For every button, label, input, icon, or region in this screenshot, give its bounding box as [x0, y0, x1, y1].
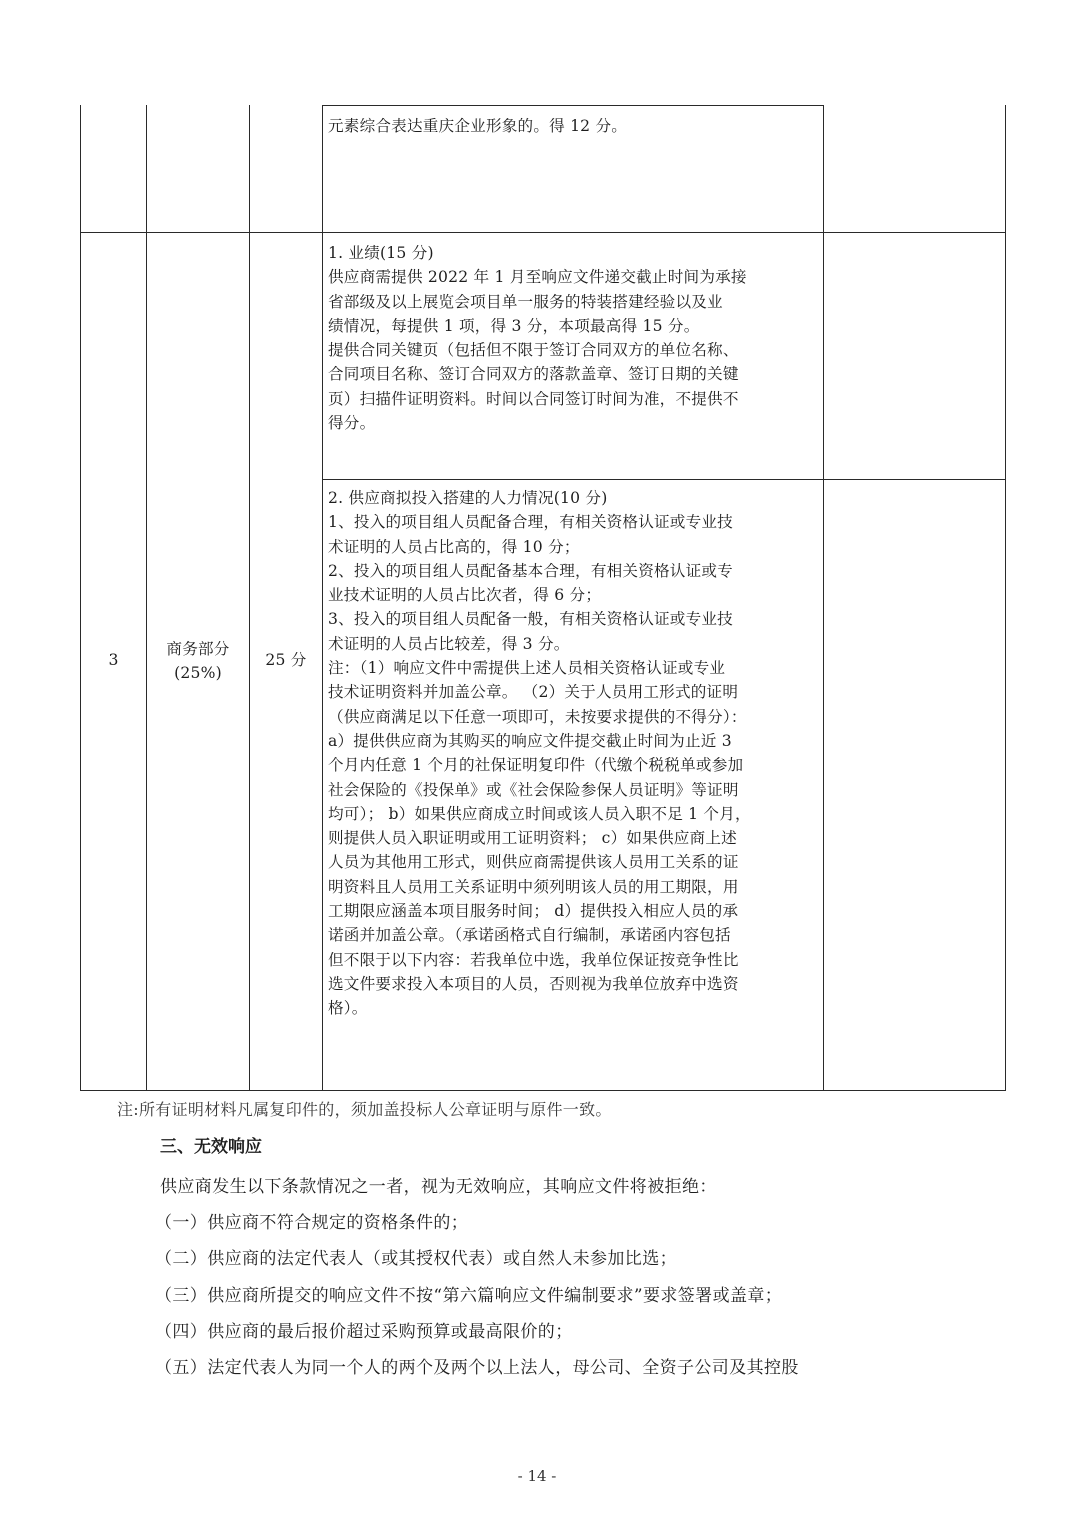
- criteria-line: 诺函并加盖公章。（承诺函格式自行编制，承诺函内容包括: [328, 923, 820, 947]
- score-cell: 25 分: [250, 648, 322, 672]
- criteria-line: 但不限于以下内容：若我单位中选，我单位保证按竞争性比: [328, 948, 820, 972]
- section-heading: 三、无效响应: [160, 1132, 262, 1157]
- criteria-line: 则提供人员入职证明或用工证明资料； c）如果供应商上述: [328, 826, 820, 850]
- criteria-line: 2、投入的项目组人员配备基本合理，有相关资格认证或专: [328, 559, 820, 583]
- table-footnote: 注:所有证明材料凡属复印件的，须加盖投标人公章证明与原件一致。: [117, 1097, 612, 1120]
- criteria-line: 1、投入的项目组人员配备合理，有相关资格认证或专业技: [328, 510, 820, 534]
- category-label: 商务部分: [147, 637, 249, 661]
- criteria-line: 工期限应涵盖本项目服务时间； d）提供投入相应人员的承: [328, 899, 820, 923]
- criteria-line: 术证明的人员占比较差，得 3 分。: [328, 632, 820, 656]
- table-col-divider-2: [249, 105, 250, 1091]
- category-weight: (25%): [147, 661, 249, 685]
- criteria-line: 绩情况，每提供 1 项，得 3 分，本项最高得 15 分。: [328, 314, 820, 338]
- criteria-line: 社会保险的《投保单》或《社会保险参保人员证明》等证明: [328, 778, 820, 802]
- criteria-line: 1. 业绩(15 分): [328, 241, 820, 265]
- table-top-border-content: [322, 105, 824, 106]
- table-border-left: [80, 105, 81, 1091]
- criteria-text: 元素综合表达重庆企业形象的。得 12 分。: [328, 114, 820, 138]
- criteria-line: 选文件要求投入本项目的人员，否则视为我单位放弃中选资: [328, 972, 820, 996]
- table-border-right: [1005, 105, 1006, 1091]
- criteria-line: （供应商满足以下任意一项即可，未按要求提供的不得分）：: [328, 705, 820, 729]
- criteria-staffing: 2. 供应商拟投入搭建的人力情况(10 分) 1、投入的项目组人员配备合理，有相…: [328, 486, 820, 1021]
- criteria-line: 提供合同关键页（包括但不限于签订合同双方的单位名称、: [328, 338, 820, 362]
- row-index-cell: 3: [81, 648, 146, 672]
- table-col-divider-1: [146, 105, 147, 1091]
- criteria-line: 得分。: [328, 411, 820, 435]
- continued-row-criteria: 元素综合表达重庆企业形象的。得 12 分。: [328, 114, 820, 138]
- criteria-line: 2. 供应商拟投入搭建的人力情况(10 分): [328, 486, 820, 510]
- list-item: （三）供应商所提交的响应文件不按“第六篇响应文件编制要求”要求签署或盖章；: [155, 1281, 782, 1306]
- criteria-line: a）提供供应商为其购买的响应文件提交截止时间为止近 3: [328, 729, 820, 753]
- criteria-performance: 1. 业绩(15 分) 供应商需提供 2022 年 1 月至响应文件递交截止时间…: [328, 241, 820, 435]
- criteria-line: 个月内任意 1 个月的社保证明复印件（代缴个税税单或参加: [328, 753, 820, 777]
- criteria-line: 注：（1）响应文件中需提供上述人员相关资格认证或专业: [328, 656, 820, 680]
- table-col-divider-3: [322, 105, 323, 1091]
- score-value: 25 分: [265, 651, 306, 669]
- criteria-line: 供应商需提供 2022 年 1 月至响应文件递交截止时间为承接: [328, 265, 820, 289]
- row-index: 3: [108, 651, 118, 669]
- category-cell: 商务部分 (25%): [147, 637, 249, 686]
- list-item: （二）供应商的法定代表人（或其授权代表）或自然人未参加比选；: [155, 1244, 677, 1269]
- table-bottom-border: [80, 1090, 1006, 1091]
- section-intro: 供应商发生以下条款情况之一者，视为无效响应，其响应文件将被拒绝：: [160, 1172, 717, 1197]
- criteria-line: 合同项目名称、签订合同双方的落款盖章、签订日期的关键: [328, 362, 820, 386]
- criteria-line: 明资料且人员用工关系证明中须列明该人员的用工期限，用: [328, 875, 820, 899]
- table-row-divider-2: [322, 479, 1006, 480]
- criteria-line: 均可）； b）如果供应商成立时间或该人员入职不足 1 个月，: [328, 802, 820, 826]
- list-item: （一）供应商不符合规定的资格条件的；: [155, 1208, 468, 1233]
- criteria-line: 技术证明资料并加盖公章。 （2）关于人员用工形式的证明: [328, 680, 820, 704]
- criteria-line: 页）扫描件证明资料。时间以合同签订时间为准，不提供不: [328, 387, 820, 411]
- criteria-line: 术证明的人员占比高的，得 10 分；: [328, 535, 820, 559]
- table-col-divider-4: [823, 105, 824, 1091]
- criteria-line: 3、投入的项目组人员配备一般，有相关资格认证或专业技: [328, 607, 820, 631]
- list-item: （五）法定代表人为同一个人的两个及两个以上法人，母公司、全资子公司及其控股: [155, 1353, 799, 1378]
- criteria-line: 业技术证明的人员占比次者，得 6 分；: [328, 583, 820, 607]
- criteria-line: 省部级及以上展览会项目单一服务的特装搭建经验以及业: [328, 290, 820, 314]
- criteria-line: 格）。: [328, 996, 820, 1020]
- table-row-divider-1: [80, 232, 1006, 233]
- criteria-line: 人员为其他用工形式，则供应商需提供该人员用工关系的证: [328, 850, 820, 874]
- list-item: （四）供应商的最后报价超过采购预算或最高限价的；: [155, 1317, 573, 1342]
- page-number: - 14 -: [0, 1467, 1074, 1485]
